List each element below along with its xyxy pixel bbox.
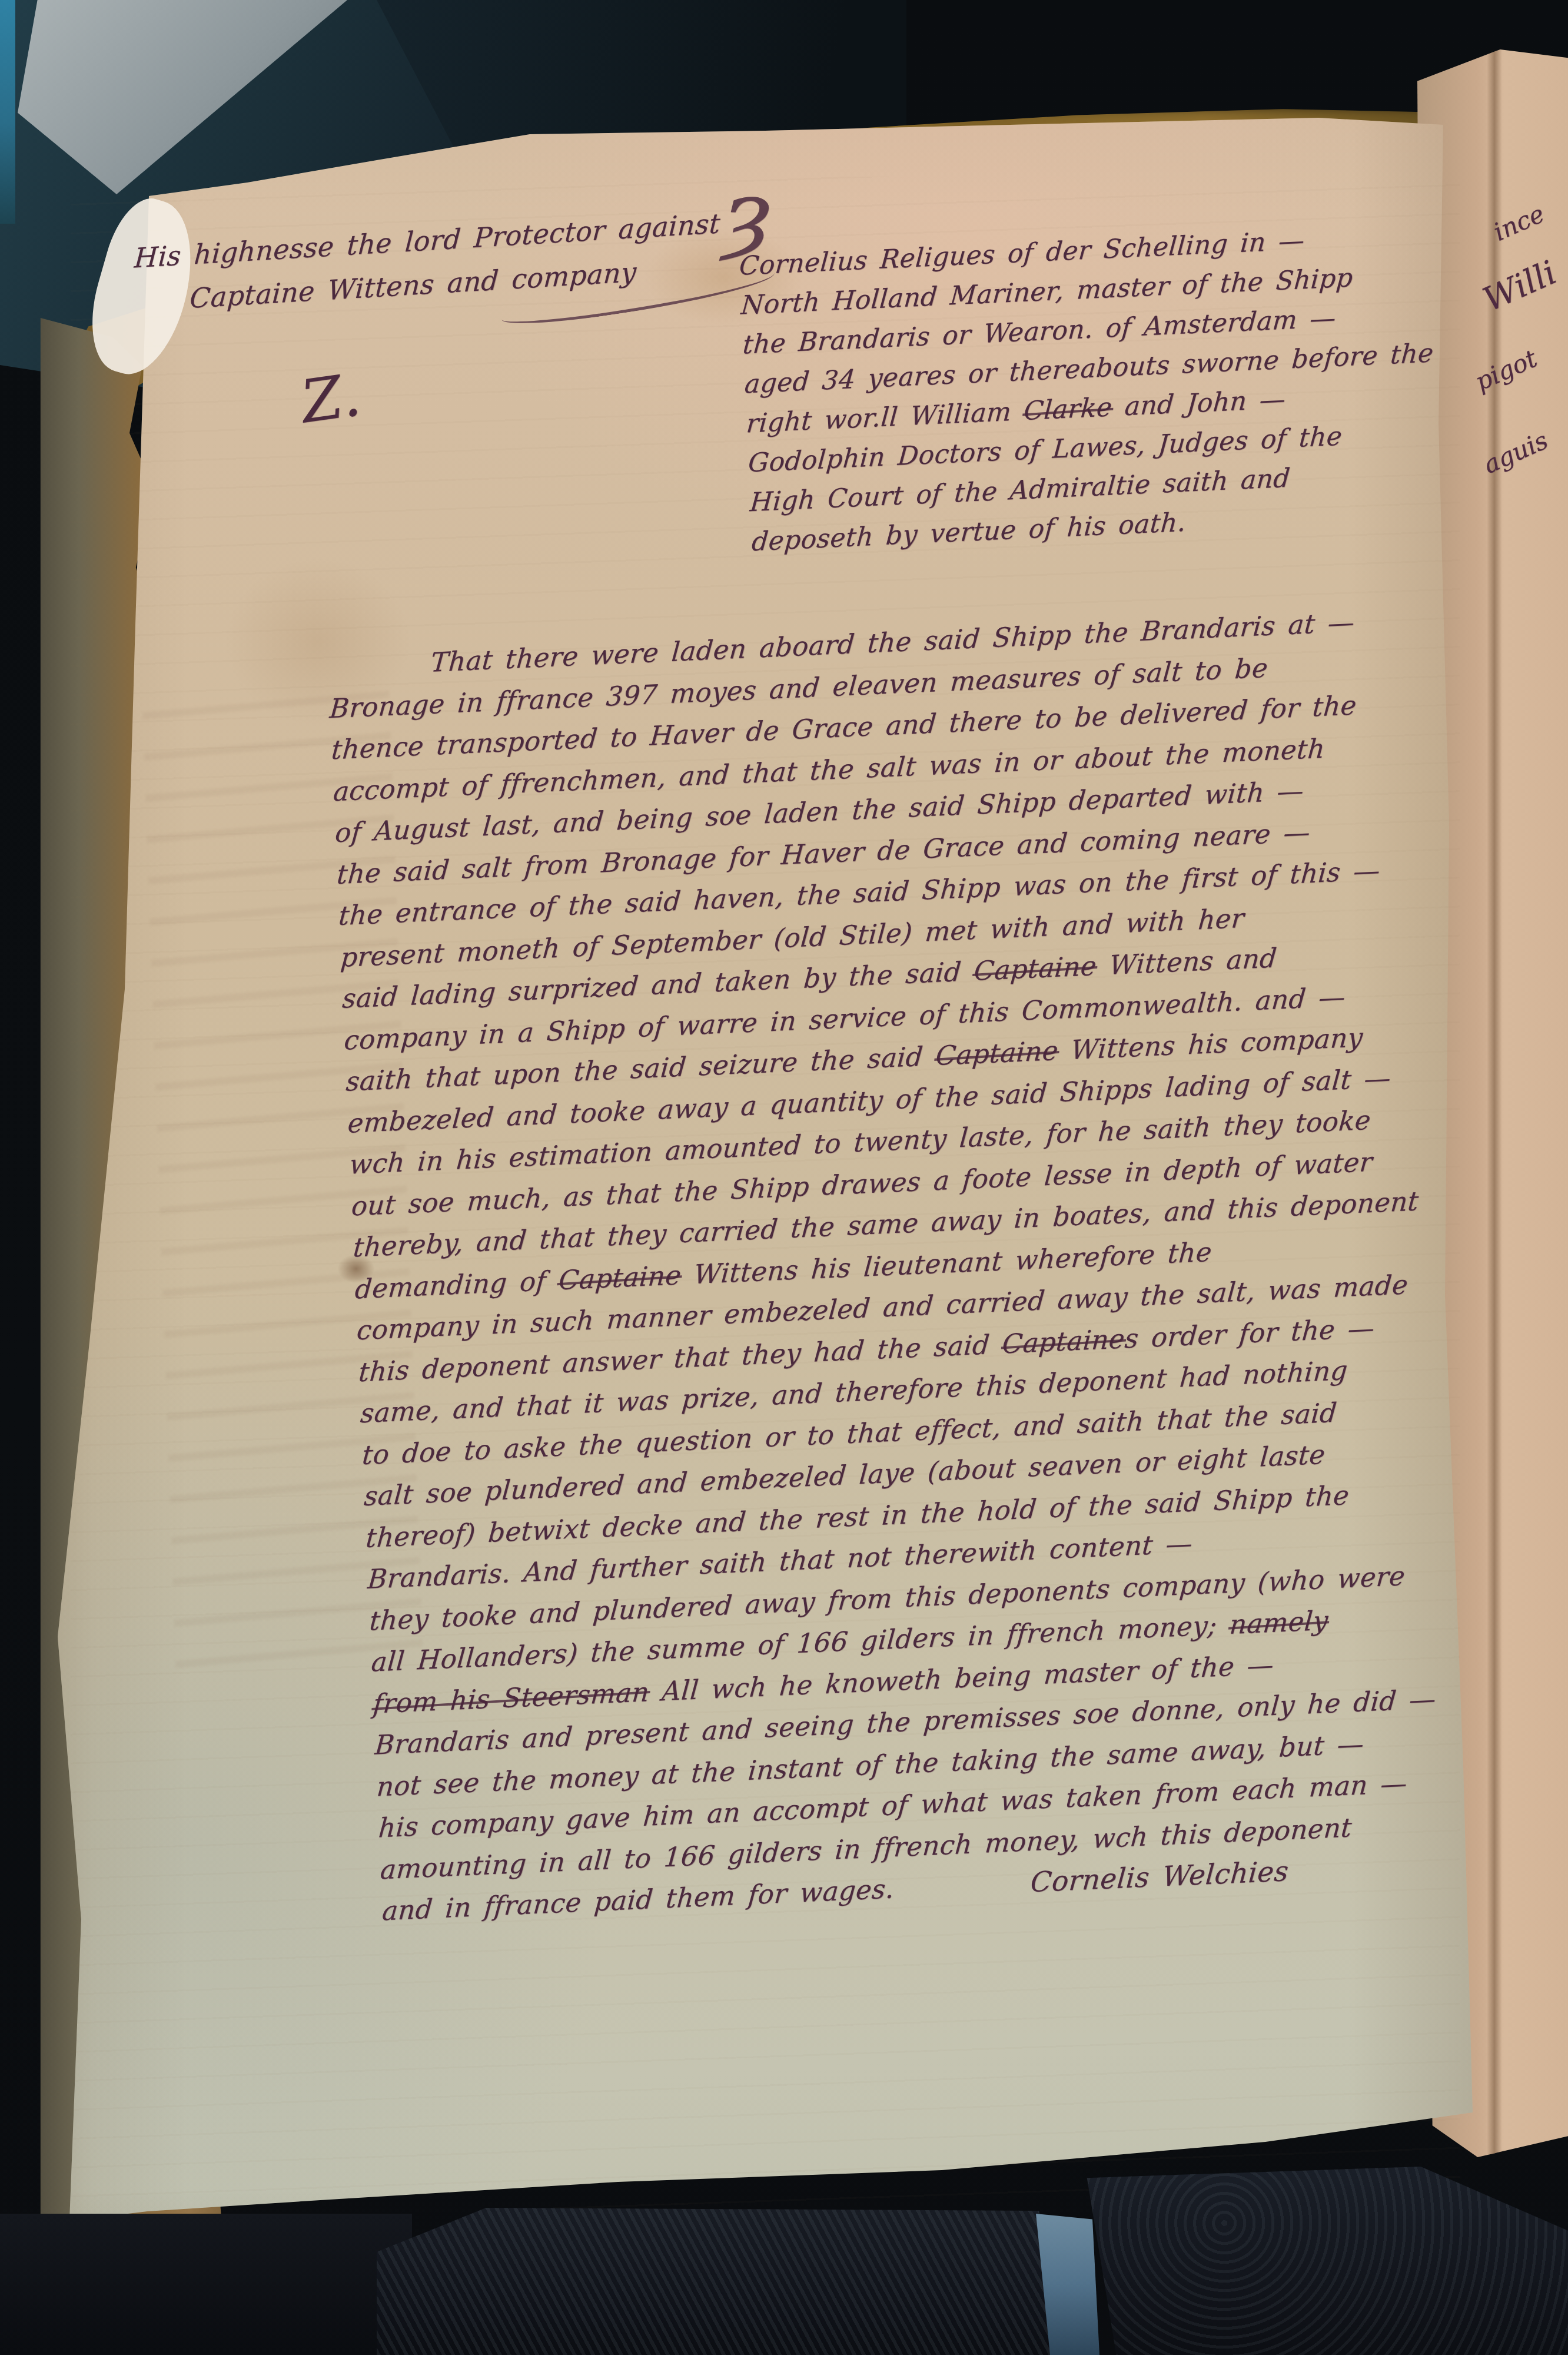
paragraph-mark: Z. <box>297 360 365 437</box>
fabric-striped <box>377 2208 1059 2355</box>
fabric-textured <box>1077 2167 1568 2355</box>
background-teal-edge <box>0 0 15 224</box>
deponent-description: Cornelius Religues of der Schelling in —… <box>736 215 1439 562</box>
manuscript-photo: ince Willi pigot aguis His highnesse the… <box>0 0 1568 2355</box>
deposition-body: That there were laden aboard the said Sh… <box>324 601 1446 1932</box>
foreground-floor <box>0 2096 1568 2355</box>
next-page-text-fragment: pigot <box>1471 344 1542 396</box>
floor-shadow <box>0 2214 412 2355</box>
